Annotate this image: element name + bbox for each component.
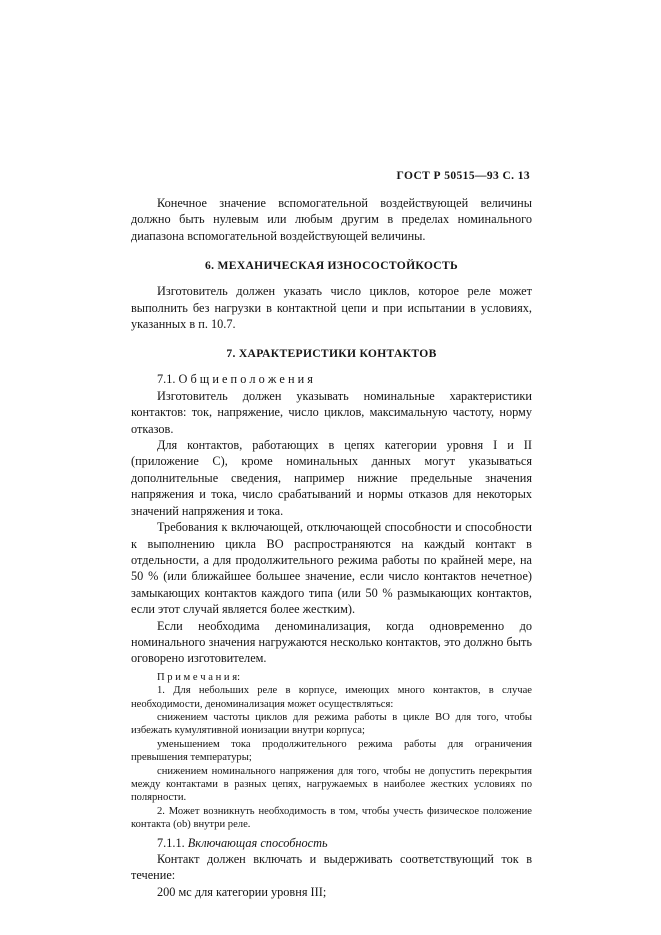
section-7-heading: 7. ХАРАКТЕРИСТИКИ КОНТАКТОВ xyxy=(131,347,532,360)
note-1-item-3: снижением номинального напряжения для то… xyxy=(131,765,532,805)
intro-paragraph: Конечное значение вспомогательной воздей… xyxy=(131,195,532,244)
page-content: ГОСТ Р 50515—93 С. 13 Конечное значение … xyxy=(131,170,532,900)
section-7-1-1-paragraph: Контакт должен включать и выдерживать со… xyxy=(131,851,532,884)
note-1-item-1: снижением частоты циклов для режима рабо… xyxy=(131,711,532,738)
section-6-paragraph: Изготовитель должен указать число циклов… xyxy=(131,283,532,332)
section-7-paragraph-4: Если необходима деноминализация, когда о… xyxy=(131,618,532,667)
section-7-paragraph-2: Для контактов, работающих в цепях катего… xyxy=(131,437,532,519)
note-1-item-2: уменьшением тока продолжительного режима… xyxy=(131,738,532,765)
section-7-paragraph-3: Требования к включающей, отключающей спо… xyxy=(131,519,532,617)
notes-block: П р и м е ч а н и я: 1. Для небольших ре… xyxy=(131,671,532,832)
notes-label: П р и м е ч а н и я: xyxy=(131,671,532,684)
section-7-paragraph-1: Изготовитель должен указывать номинальны… xyxy=(131,388,532,437)
running-head: ГОСТ Р 50515—93 С. 13 xyxy=(131,170,530,182)
section-7-1-1-item-200ms: 200 мс для категории уровня III; xyxy=(131,884,532,900)
subsection-7-1-1-heading: 7.1.1. Включающая способность xyxy=(131,835,532,851)
note-1: 1. Для небольших реле в корпусе, имеющих… xyxy=(131,684,532,711)
section-6-heading: 6. МЕХАНИЧЕСКАЯ ИЗНОСОСТОЙКОСТЬ xyxy=(131,259,532,272)
subsection-7-1-1-title: Включающая способность xyxy=(188,836,328,850)
note-2: 2. Может возникнуть необходимость в том,… xyxy=(131,805,532,832)
subsection-7-1-heading: 7.1. О б щ и е п о л о ж е н и я xyxy=(131,371,532,387)
document-page: ГОСТ Р 50515—93 С. 13 Конечное значение … xyxy=(0,0,661,935)
subsection-7-1-1-number: 7.1.1. xyxy=(157,836,188,850)
